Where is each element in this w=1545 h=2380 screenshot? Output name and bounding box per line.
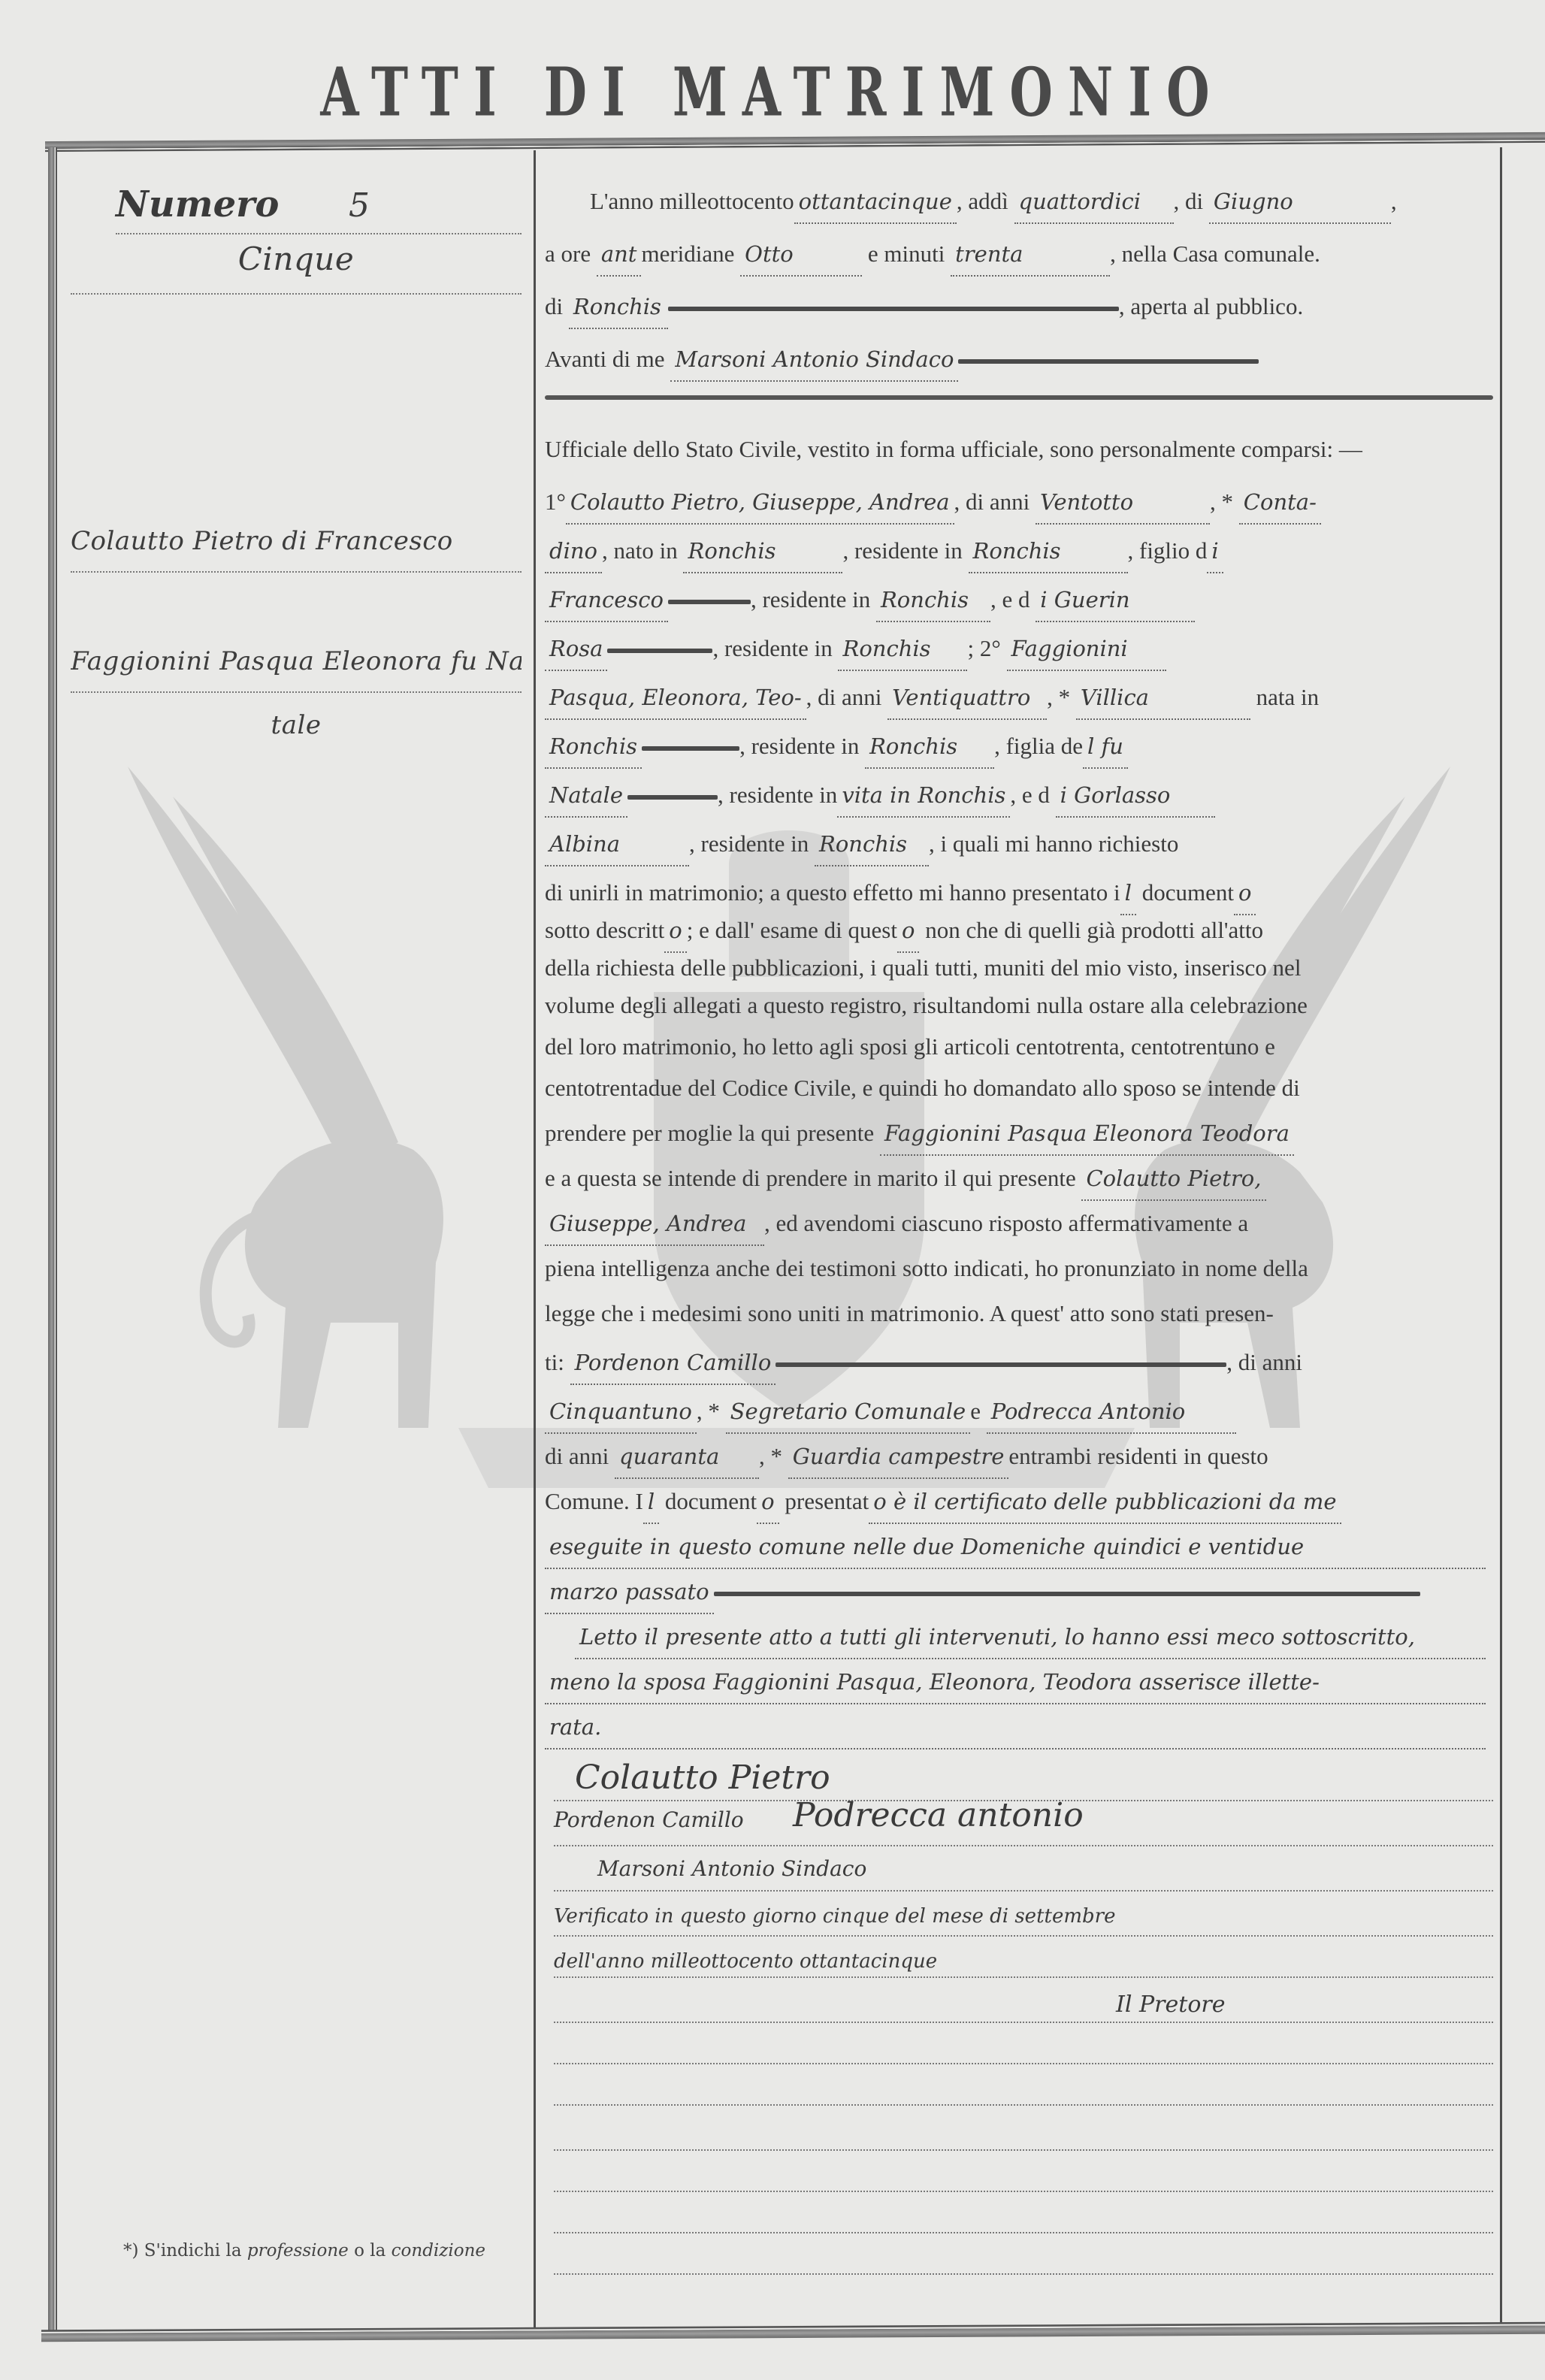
- act-line-24: legge che i medesimi sono uniti in matri…: [545, 1293, 1495, 1335]
- bride-birthplace-field: Ronchis: [545, 725, 642, 769]
- bride-mother-field: i Gorlasso: [1056, 774, 1215, 818]
- bride-fullname-field: Faggionini Pasqua Eleonora Teodora: [880, 1112, 1294, 1156]
- witness1-age-field: Cinquantuno: [545, 1390, 697, 1434]
- groom-margin-note: Colautto Pietro di Francesco: [71, 526, 522, 573]
- witness2-profession-field: Guardia campestre: [788, 1435, 1009, 1479]
- witness2-name-field: Podrecca Antonio: [987, 1390, 1236, 1434]
- act-line-officer: Avanti di me Marsoni Antonio Sindaco: [545, 338, 1495, 380]
- frame-bottom-border: [41, 2322, 1545, 2342]
- annotation-line-1: Verificato in questo giorno cinque del m…: [554, 1905, 1115, 1928]
- act-number-words: Cinque: [71, 240, 522, 295]
- witness1-signature: Pordenon Camillo: [554, 1807, 744, 1832]
- groom-age-field: Ventotto: [1036, 481, 1210, 525]
- column-divider: [534, 150, 536, 2330]
- minutes-field: trenta: [951, 233, 1110, 277]
- act-line-groom-birth: dino, nato in Ronchis, residente in Ronc…: [545, 530, 1495, 572]
- bride-father-field: Natale: [545, 774, 627, 818]
- section-rule: [545, 395, 1493, 400]
- bride-margin-note: Faggionini Pasqua Eleonora fu Na-: [71, 646, 522, 693]
- groom-birthplace-field: Ronchis: [683, 530, 842, 573]
- act-line-21: e a questa se intende di prendere in mar…: [545, 1157, 1495, 1199]
- act-line-29: eseguite in questo comune nelle due Dome…: [545, 1526, 1495, 1568]
- groom-fullname-field: Colautto Pietro,: [1081, 1157, 1265, 1201]
- act-line-groom-mother: Rosa, residente in Ronchis; 2° Faggionin…: [545, 628, 1495, 670]
- officer-field: Marsoni Antonio Sindaco: [670, 338, 958, 382]
- groom-residence-field: Ronchis: [969, 530, 1128, 573]
- groom-mother-field: i Guerin: [1036, 579, 1195, 622]
- act-line-20: prendere per moglie la qui presente Fagg…: [545, 1112, 1495, 1154]
- act-line-15: sotto descritto; e dall' esame di questo…: [545, 909, 1495, 951]
- act-line-18: del loro matrimonio, ho letto agli sposi…: [545, 1026, 1495, 1068]
- act-line-23: piena intelligenza anche dei testimoni s…: [545, 1247, 1495, 1290]
- officer-signature: Marsoni Antonio Sindaco: [597, 1856, 866, 1881]
- page-title: ATTI DI MATRIMONIO: [0, 53, 1545, 132]
- act-line-appearance: Ufficiale dello Stato Civile, vestito in…: [545, 428, 1495, 470]
- act-line-32: meno la sposa Faggionini Pasqua, Eleonor…: [545, 1661, 1495, 1703]
- act-line-22: Giuseppe, Andrea, ed avendomi ciascuno r…: [545, 1202, 1495, 1244]
- act-line-bride-birth: Ronchis, residente in Ronchis, figlia de…: [545, 725, 1495, 767]
- act-number-label: Numero: [116, 183, 279, 225]
- year-field: ottantacinque: [794, 180, 957, 224]
- act-line-documents: di unirli in matrimonio; a questo effett…: [545, 872, 1495, 914]
- act-line-30: marzo passato: [545, 1571, 1495, 1613]
- groom-signature: Colautto Pietro: [575, 1759, 830, 1797]
- margin-column: Numero 5 Cinque Colautto Pietro di Franc…: [63, 150, 529, 2322]
- bride-profession-field: Villica: [1076, 676, 1250, 720]
- groom-name-field: Colautto Pietro, Giuseppe, Andrea: [566, 481, 954, 525]
- frame-left-border: [48, 147, 57, 2330]
- act-line-bride-father: Natale, residente invita in Ronchis, e d…: [545, 774, 1495, 816]
- act-line-date: L'anno milleottocentoottantacinque, addì…: [545, 180, 1540, 222]
- act-line-17: volume degli allegati a questo registro,…: [545, 984, 1495, 1027]
- act-number-row: Numero 5: [116, 188, 522, 234]
- hour-field: Otto: [740, 233, 862, 277]
- act-line-31: Letto il presente atto a tutti gli inter…: [545, 1616, 1525, 1658]
- act-line-time: a ore antmeridiane Otto e minuti trenta,…: [545, 233, 1495, 275]
- groom-father-field: Francesco: [545, 579, 668, 622]
- bride-age-field: Ventiquattro: [887, 676, 1047, 720]
- town-field: Ronchis: [569, 286, 668, 329]
- act-number-value: 5: [349, 186, 370, 225]
- frame-right-border: [1500, 147, 1502, 2327]
- footnote: *) S'indichi la professione o la condizi…: [123, 2241, 485, 2261]
- bride-name-field: Faggionini: [1007, 628, 1166, 671]
- witness2-age-field: quaranta: [615, 1435, 759, 1479]
- act-line-witness1-age: Cinquantuno, * Segretario Comunalee Podr…: [545, 1390, 1495, 1432]
- act-line-witness2: di anni quaranta, * Guardia campestreent…: [545, 1435, 1495, 1477]
- act-line-groom: 1°Colautto Pietro, Giuseppe, Andrea, di …: [545, 481, 1495, 523]
- act-line-16: della richiesta delle pubblicazioni, i q…: [545, 947, 1495, 989]
- act-line-witness1: ti: Pordenon Camillo, di anni: [545, 1341, 1495, 1384]
- act-line-groom-father: Francesco, residente in Ronchis, e d i G…: [545, 579, 1495, 621]
- act-line-bride-mother: Albina, residente in Ronchis, i quali mi…: [545, 823, 1495, 865]
- witness1-profession-field: Segretario Comunale: [726, 1390, 971, 1434]
- act-line-place: di Ronchis, aperta al pubblico.: [545, 286, 1495, 328]
- witness2-signature: Podrecca antonio: [793, 1796, 1084, 1834]
- annotation-line-2: dell'anno milleottocento ottantacinque: [554, 1950, 937, 1973]
- bride-margin-note-continued: tale: [71, 710, 522, 740]
- month-field: Giugno: [1209, 180, 1391, 224]
- witness1-name-field: Pordenon Camillo: [570, 1341, 776, 1385]
- act-line-33: rata.: [545, 1706, 1495, 1748]
- day-field: quattordici: [1014, 180, 1174, 224]
- act-line-19: centotrentadue del Codice Civile, e quin…: [545, 1067, 1495, 1109]
- groom-profession-field: Conta-: [1239, 481, 1321, 525]
- pretore-signature: Il Pretore: [1116, 1991, 1225, 2018]
- frame-top-border: [45, 132, 1545, 152]
- act-line-bride: Pasqua, Eleonora, Teo-, di anni Ventiqua…: [545, 676, 1495, 718]
- act-line-28: Comune. Il documento presentato è il cer…: [545, 1480, 1495, 1523]
- ante-field: ant: [597, 233, 642, 277]
